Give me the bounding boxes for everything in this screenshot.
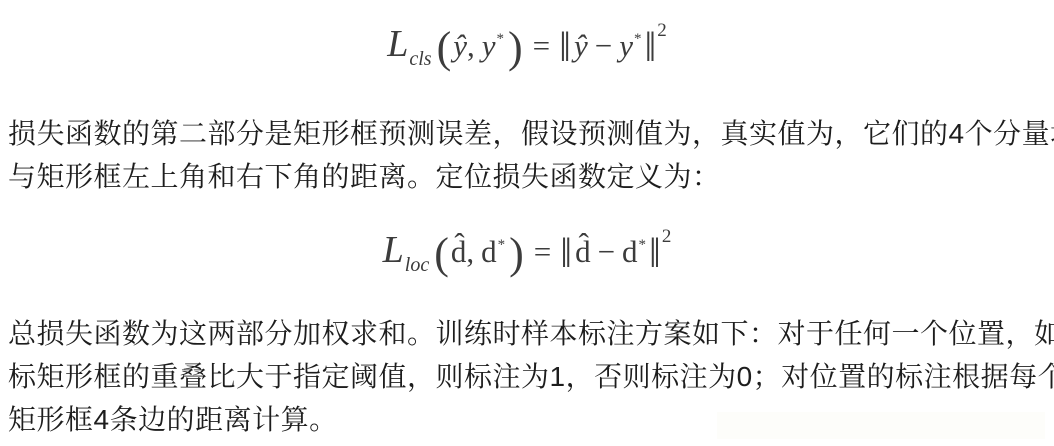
formula-rhs-dhat: d̂ (575, 234, 591, 269)
scan-artifact (717, 412, 1045, 439)
formula-rhs-y: y (619, 28, 633, 63)
formula-arg2-d: d (481, 234, 497, 269)
norm-bar-open: ‖ (560, 231, 572, 277)
norm-bar-close: ‖ (644, 25, 656, 71)
open-paren: ( (434, 229, 449, 278)
equals-sign: = (533, 28, 550, 63)
formula-exponent: 2 (662, 226, 672, 247)
formula-rhs-yhat: ŷ (574, 28, 588, 63)
paragraph-bbox-loss-intro: 损失函数的第二部分是矩形框预测误差，假设预测值为，真实值为，它们的4个分量均为当… (8, 112, 1048, 198)
formula-cls-equation: Lcls(ŷ,y*)=‖ŷ−y*‖2 (387, 20, 667, 73)
formula-comma: , (467, 28, 475, 63)
formula-star-sup: * (639, 237, 647, 253)
document-page: Lcls(ŷ,y*)=‖ŷ−y*‖2 损失函数的第二部分是矩形框预测误差，假设预… (0, 0, 1054, 446)
text-line: 损失函数的第二部分是矩形框预测误差，假设预测值为，真实值为，它们的4个分量均为当… (8, 112, 1048, 155)
formula-arg1-dhat: d̂ (451, 234, 467, 269)
formula-subscript-loc: loc (405, 254, 429, 276)
formula-localization-loss: Lloc(d̂,d*)=‖d̂−d*‖2 (0, 226, 1054, 279)
formula-symbol-L: L (383, 229, 404, 271)
formula-comma: , (466, 234, 474, 269)
formula-star-sup: * (634, 31, 642, 47)
formula-symbol-L: L (387, 23, 408, 65)
norm-bar-close: ‖ (649, 231, 661, 277)
minus-sign: − (595, 28, 612, 63)
formula-rhs-d: d (622, 234, 638, 269)
text-line: 标矩形框的重叠比大于指定阈值，则标注为1，否则标注为0；对位置的标注根据每个像素… (8, 355, 1048, 398)
close-paren: ) (509, 229, 524, 278)
text-line: 总损失函数为这两部分加权求和。训练时样本标注方案如下：对于任何一个位置，如果它和… (8, 312, 1048, 355)
formula-arg2-y: y (482, 28, 496, 63)
formula-star-sup: * (498, 237, 506, 253)
equals-sign: = (534, 234, 551, 269)
formula-exponent: 2 (657, 20, 667, 41)
formula-star-sup: * (497, 31, 505, 47)
norm-bar-open: ‖ (559, 25, 571, 71)
minus-sign: − (598, 234, 615, 269)
formula-classification-loss: Lcls(ŷ,y*)=‖ŷ−y*‖2 (0, 20, 1054, 73)
open-paren: ( (437, 23, 452, 72)
close-paren: ) (508, 23, 523, 72)
formula-subscript-cls: cls (409, 48, 431, 70)
text-line: 与矩形框左上角和右下角的距离。定位损失函数定义为： (8, 155, 1048, 198)
formula-loc-equation: Lloc(d̂,d*)=‖d̂−d*‖2 (383, 226, 672, 279)
formula-arg1-yhat: ŷ (453, 28, 467, 63)
